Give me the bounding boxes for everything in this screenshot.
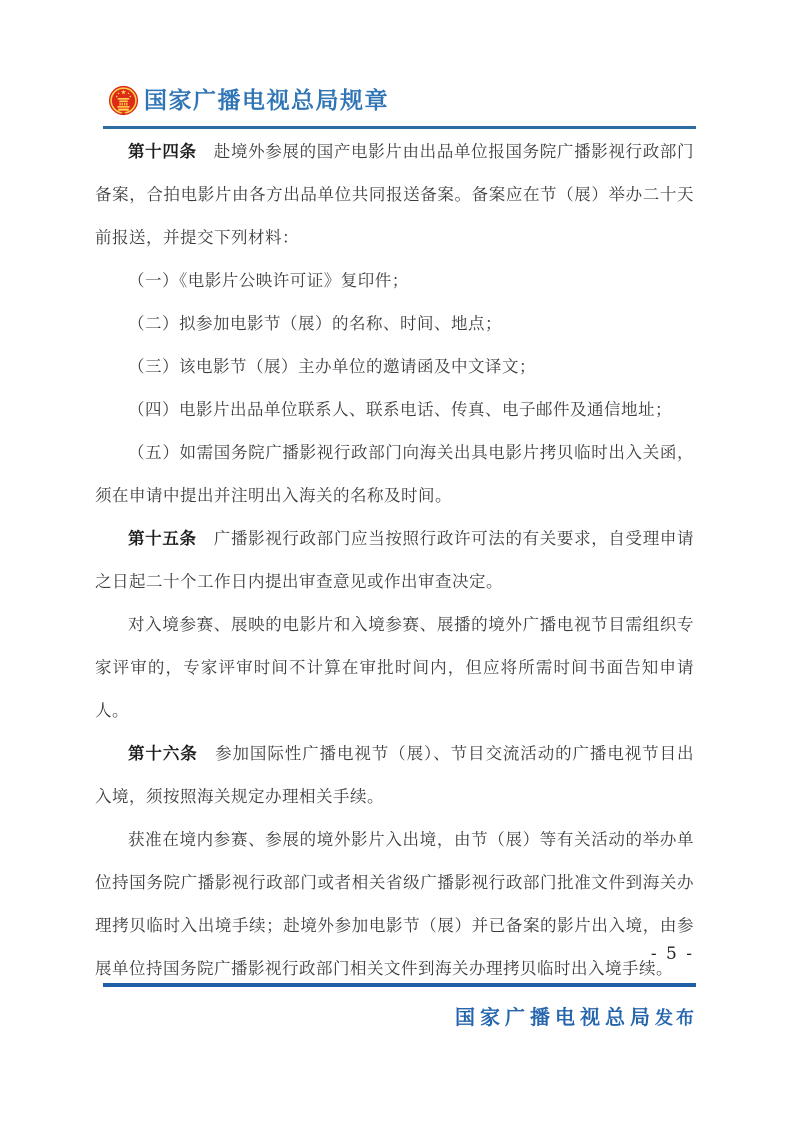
article-number: 第十四条 — [128, 142, 197, 161]
document-body: 第十四条 赴境外参展的国产电影片由出品单位报国务院广播影视行政部门备案，合拍电影… — [95, 130, 694, 990]
paragraph: （四）电影片出品单位联系人、联系电话、传真、电子邮件及通信地址； — [95, 388, 694, 431]
paragraph: 第十六条 参加国际性广播电视节（展）、节目交流活动的广播电视节目出入境，须按照海… — [95, 732, 694, 818]
page-footer: 国家广播电视总局 发布 — [455, 1001, 697, 1030]
article-number: 第十六条 — [128, 744, 198, 763]
paragraph: （二）拟参加电影节（展）的名称、时间、地点； — [95, 302, 694, 345]
page-header: 国家广播电视总局规章 — [108, 85, 389, 116]
paragraph: （五）如需国务院广播影视行政部门向海关出具电影片拷贝临时出入关函，须在申请中提出… — [95, 431, 694, 517]
page-number: - 5 - — [651, 944, 694, 964]
header-divider — [103, 126, 696, 129]
page-title: 国家广播电视总局规章 — [144, 85, 389, 116]
paragraph: （一）《电影片公映许可证》复印件； — [95, 259, 694, 302]
publisher-name: 国家广播电视总局 — [455, 1001, 655, 1030]
document-page: 国家广播电视总局规章 第十四条 赴境外参展的国产电影片由出品单位报国务院广播影视… — [0, 0, 793, 1122]
footer-divider — [103, 983, 696, 987]
publisher-suffix: 发布 — [655, 1004, 697, 1030]
paragraph: 第十五条 广播影视行政部门应当按照行政许可法的有关要求，自受理申请之日起二十个工… — [95, 517, 694, 603]
article-number: 第十五条 — [128, 529, 197, 548]
national-emblem-icon — [108, 85, 139, 116]
paragraph: 对入境参赛、展映的电影片和入境参赛、展播的境外广播电视节目需组织专家评审的，专家… — [95, 603, 694, 732]
paragraph: 获准在境内参赛、参展的境外影片入出境，由节（展）等有关活动的举办单位持国务院广播… — [95, 818, 694, 990]
paragraph: （三）该电影节（展）主办单位的邀请函及中文译文； — [95, 345, 694, 388]
paragraph: 第十四条 赴境外参展的国产电影片由出品单位报国务院广播影视行政部门备案，合拍电影… — [95, 130, 694, 259]
